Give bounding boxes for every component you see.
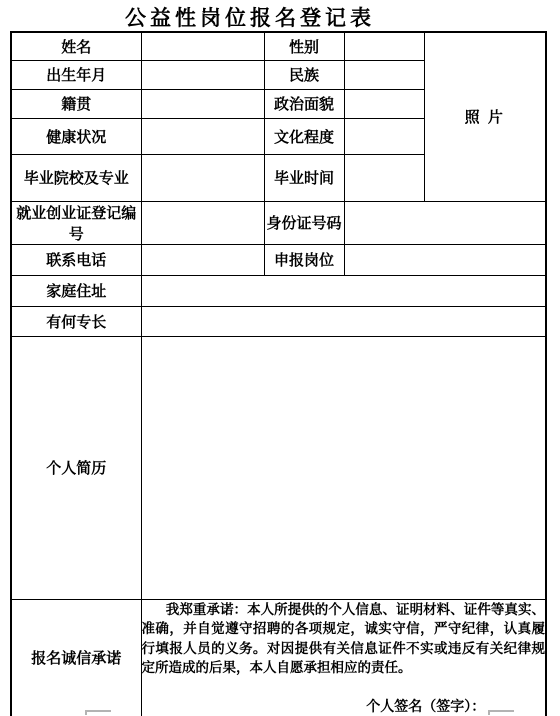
row-address: 家庭住址	[11, 275, 546, 306]
health-label: 健康状况	[11, 118, 141, 154]
native-place-value-cell[interactable]	[141, 89, 264, 118]
name-value-cell[interactable]	[141, 32, 264, 60]
phone-label: 联系电话	[11, 244, 141, 275]
graduation-time-value-cell[interactable]	[344, 154, 424, 201]
resume-value-cell[interactable]	[141, 336, 546, 599]
row-pledge: 报名诚信承诺 我郑重承诺：本人所提供的个人信息、证明材料、证件等真实、准确，并自…	[11, 599, 546, 716]
phone-value-cell[interactable]	[141, 244, 264, 275]
pledge-content-cell: 我郑重承诺：本人所提供的个人信息、证明材料、证件等真实、准确，并自觉遵守招聘的各…	[141, 599, 546, 716]
health-value-cell[interactable]	[141, 118, 264, 154]
graduation-time-label: 毕业时间	[264, 154, 344, 201]
applied-position-value-cell[interactable]	[344, 244, 546, 275]
id-number-label: 身份证号码	[264, 201, 344, 244]
education-level-label: 文化程度	[264, 118, 344, 154]
row-phone-position: 联系电话 申报岗位	[11, 244, 546, 275]
row-name-gender: 姓名 性别 照 片	[11, 32, 546, 60]
photo-placeholder[interactable]: 照 片	[424, 32, 546, 201]
birth-date-value-cell[interactable]	[141, 60, 264, 89]
row-resume: 个人简历	[11, 336, 546, 599]
row-specialty: 有何专长	[11, 306, 546, 336]
specialty-label: 有何专长	[11, 306, 141, 336]
specialty-value-cell[interactable]	[141, 306, 546, 336]
pledge-body-text: 我郑重承诺：本人所提供的个人信息、证明材料、证件等真实、准确，并自觉遵守招聘的各…	[142, 600, 546, 678]
ethnicity-value-cell[interactable]	[344, 60, 424, 89]
political-status-value-cell[interactable]	[344, 89, 424, 118]
gender-label: 性别	[264, 32, 344, 60]
school-major-label: 毕业院校及专业	[11, 154, 141, 201]
home-address-label: 家庭住址	[11, 275, 141, 306]
political-status-label: 政治面貌	[264, 89, 344, 118]
native-place-label: 籍贯	[11, 89, 141, 118]
home-address-value-cell[interactable]	[141, 275, 546, 306]
gender-value-cell[interactable]	[344, 32, 424, 60]
id-number-value-cell[interactable]	[344, 201, 546, 244]
form-page: 公益性岗位报名登记表 姓名 性别 照 片 出生年月 民族 籍贯 政治面貌	[0, 0, 560, 716]
integrity-pledge-label: 报名诚信承诺	[11, 599, 141, 716]
applied-position-label: 申报岗位	[264, 244, 344, 275]
ethnicity-label: 民族	[264, 60, 344, 89]
form-title: 公益性岗位报名登记表	[0, 2, 500, 32]
resume-label: 个人简历	[11, 336, 141, 599]
education-level-value-cell[interactable]	[344, 118, 424, 154]
registration-form-table: 姓名 性别 照 片 出生年月 民族 籍贯 政治面貌 健康状况 文化程度 毕业院校…	[10, 31, 547, 716]
birth-date-label: 出生年月	[11, 60, 141, 89]
employment-cert-label: 就业创业证登记编号	[11, 201, 141, 244]
name-label: 姓名	[11, 32, 141, 60]
page-break-fragment-left	[85, 710, 111, 715]
school-major-value-cell[interactable]	[141, 154, 264, 201]
row-cert-id: 就业创业证登记编号 身份证号码	[11, 201, 546, 244]
page-break-fragment-right	[488, 710, 514, 715]
employment-cert-value-cell[interactable]	[141, 201, 264, 244]
